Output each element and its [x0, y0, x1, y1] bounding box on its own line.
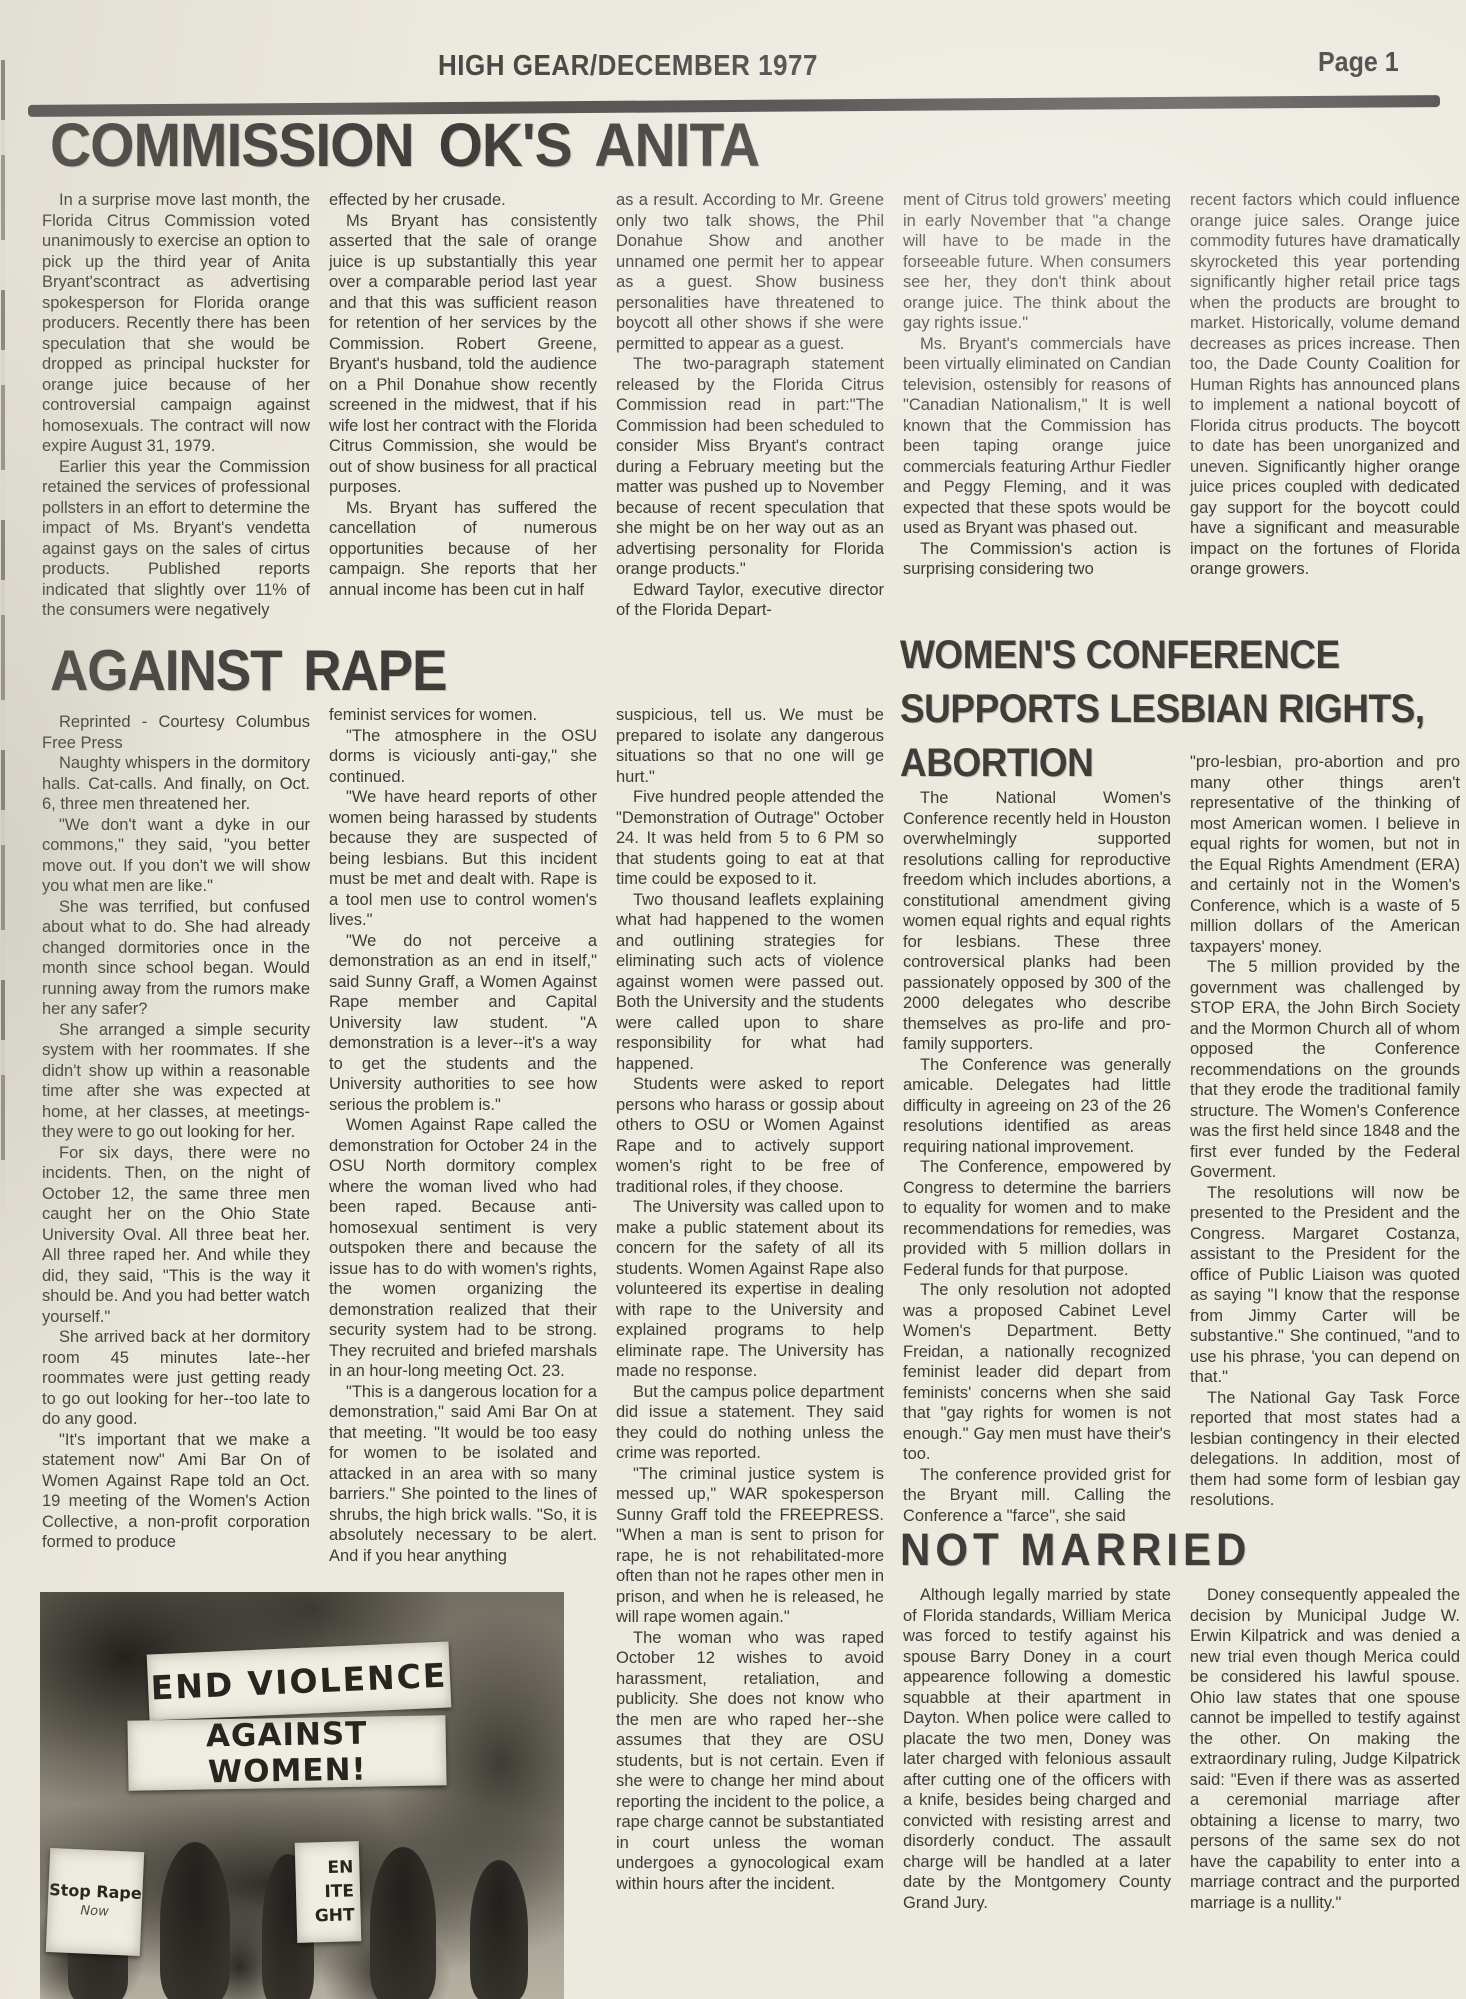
not-married-column-2: Doney consequently appealed the decision… — [1190, 1585, 1460, 1913]
paragraph: "We have heard reports of other women be… — [329, 787, 597, 931]
paragraph: The National Women's Conference recently… — [903, 788, 1171, 1055]
womens-conference-column-1: The National Women's Conference recently… — [903, 788, 1171, 1526]
commission-column-3: as a result. According to Mr. Greene onl… — [616, 190, 884, 621]
paragraph: "We don't want a dyke in our commons," t… — [42, 815, 310, 897]
paragraph: "We do not perceive a demonstration as a… — [329, 931, 597, 1116]
paragraph: "The criminal justice system is messed u… — [616, 1464, 884, 1628]
paragraph: The woman who was raped October 12 wishe… — [616, 1628, 884, 1895]
protest-banner-line-1: END VIOLENCE — [147, 1641, 452, 1720]
paragraph: Although legally married by state of Flo… — [903, 1585, 1171, 1913]
paragraph: The University was called upon to make a… — [616, 1197, 884, 1382]
paragraph: Ms. Bryant's commercials have been virtu… — [903, 334, 1171, 539]
paragraph: Reprinted - Courtesy Columbus Free Press — [42, 712, 310, 753]
paragraph: Five hundred people attended the "Demons… — [616, 787, 884, 890]
paragraph: Earlier this year the Commission retaine… — [42, 457, 310, 621]
marcher-silhouette — [370, 1847, 436, 1999]
commission-column-2: effected by her crusade.Ms Bryant has co… — [329, 190, 597, 600]
commission-column-1: In a surprise move last month, the Flori… — [42, 190, 310, 621]
not-married-column-1: Although legally married by state of Flo… — [903, 1585, 1171, 1913]
marcher-silhouette — [470, 1860, 528, 1999]
scan-edge-artifact — [1, 60, 5, 1210]
paragraph: For six days, there were no incidents. T… — [42, 1143, 310, 1328]
headline-not-married: NOT MARRIED — [900, 1524, 1251, 1576]
paragraph: as a result. According to Mr. Greene onl… — [616, 190, 884, 354]
paragraph: She arranged a simple security system wi… — [42, 1020, 310, 1143]
hidden-sign-fragment: ITE — [324, 1879, 354, 1904]
against-rape-column-2: feminist services for women."The atmosph… — [329, 705, 597, 1566]
protest-march-photo: END VIOLENCE AGAINST WOMEN! Stop Rape No… — [40, 1592, 564, 1999]
protest-banner-line-2: AGAINST WOMEN! — [127, 1715, 446, 1791]
hidden-sign-fragment: GHT — [315, 1903, 355, 1928]
paragraph: Naughty whispers in the dormitory halls.… — [42, 753, 310, 815]
newspaper-page: HIGH GEAR/DECEMBER 1977 Page 1 COMMISSIO… — [0, 0, 1466, 1999]
headline-commission-oks-anita: COMMISSION OK'S ANITA — [50, 110, 759, 181]
stop-rape-sign: Stop Rape Now — [46, 1848, 144, 1956]
paragraph: feminist services for women. — [329, 705, 597, 726]
stop-rape-sign-scribble: Now — [80, 1901, 109, 1922]
headline-against-rape: AGAINST RAPE — [50, 638, 446, 704]
page-number: Page 1 — [1318, 47, 1399, 79]
hidden-sign-fragment: EN — [327, 1855, 353, 1880]
paragraph: Two thousand leaflets explaining what ha… — [616, 890, 884, 1075]
paragraph: Students were asked to report persons wh… — [616, 1074, 884, 1197]
marcher-silhouette — [160, 1842, 230, 1999]
womens-conference-column-2: "pro-lesbian, pro-abortion and pro many … — [1190, 752, 1460, 1511]
paragraph: "It's important that we make a statement… — [42, 1430, 310, 1553]
against-rape-column-3: suspicious, tell us. We must be prepared… — [616, 705, 884, 1894]
paragraph: The Conference was generally amicable. D… — [903, 1055, 1171, 1158]
paragraph: "pro-lesbian, pro-abortion and pro many … — [1190, 752, 1460, 957]
paragraph: The National Gay Task Force reported tha… — [1190, 1388, 1460, 1511]
paragraph: Women Against Rape called the demonstrat… — [329, 1115, 597, 1382]
paragraph: Doney consequently appealed the decision… — [1190, 1585, 1460, 1913]
stop-rape-sign-text: Stop Rape — [49, 1880, 142, 1904]
paragraph: ment of Citrus told growers' meeting in … — [903, 190, 1171, 334]
paragraph: recent factors which could influence ora… — [1190, 190, 1460, 580]
partially-hidden-sign: EN ITE GHT — [295, 1841, 362, 1943]
paragraph: effected by her crusade. — [329, 190, 597, 211]
paragraph: "This is a dangerous location for a demo… — [329, 1382, 597, 1567]
paragraph: Ms Bryant has consistently asserted that… — [329, 211, 597, 498]
paragraph: Ms. Bryant has suffered the cancellation… — [329, 498, 597, 601]
paragraph: The 5 million provided by the government… — [1190, 957, 1460, 1183]
masthead-title: HIGH GEAR/DECEMBER 1977 — [438, 48, 818, 83]
against-rape-column-1: Reprinted - Courtesy Columbus Free Press… — [42, 712, 310, 1553]
paragraph: In a surprise move last month, the Flori… — [42, 190, 310, 457]
paragraph: suspicious, tell us. We must be prepared… — [616, 705, 884, 787]
paragraph: The conference provided grist for the Br… — [903, 1465, 1171, 1527]
paragraph: She was terrified, but confused about wh… — [42, 897, 310, 1020]
paragraph: Edward Taylor, executive director of the… — [616, 580, 884, 621]
commission-column-5: recent factors which could influence ora… — [1190, 190, 1460, 580]
paragraph: She arrived back at her dormitory room 4… — [42, 1327, 310, 1430]
commission-column-4: ment of Citrus told growers' meeting in … — [903, 190, 1171, 580]
paragraph: The two-paragraph statement released by … — [616, 354, 884, 580]
paragraph: "The atmosphere in the OSU dorms is vici… — [329, 726, 597, 788]
paragraph: The Conference, empowered by Congress to… — [903, 1157, 1171, 1280]
paragraph: The resolutions will now be presented to… — [1190, 1183, 1460, 1388]
paragraph: The only resolution not adopted was a pr… — [903, 1280, 1171, 1465]
paragraph: The Commission's action is surprising co… — [903, 539, 1171, 580]
paragraph: But the campus police department did iss… — [616, 1382, 884, 1464]
